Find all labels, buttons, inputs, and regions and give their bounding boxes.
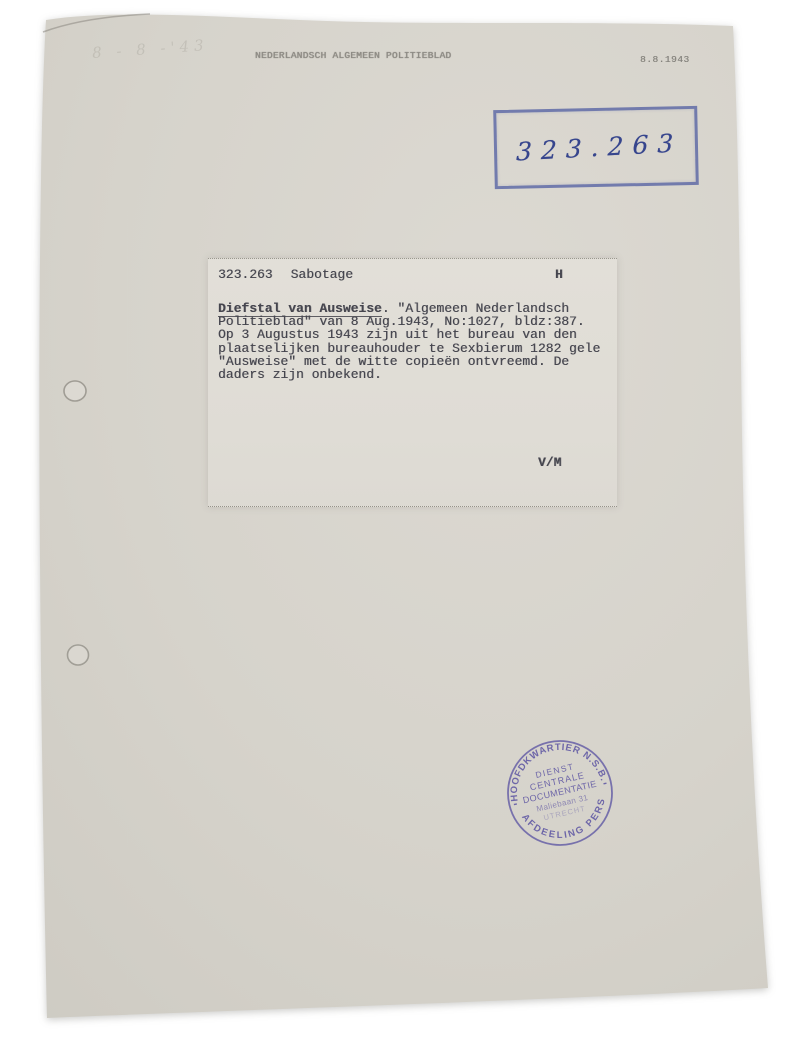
handwritten-index-number: 323.263 [510, 128, 683, 167]
card-category: Sabotage [291, 267, 353, 282]
typed-index-card: 323.263Sabotage H Diefstal van Ausweise.… [208, 258, 617, 507]
index-number-stamp-box: 323.263 [493, 106, 699, 189]
card-body-line: daders zijn onbekend. [218, 368, 614, 381]
punch-hole-bottom [68, 645, 89, 665]
card-corner-mark: H [555, 267, 563, 282]
document-photo: NEDERLANDSCH ALGEMEEN POLITIEBLAD 8.8.19… [0, 0, 800, 1038]
card-body-line: Op 3 Augustus 1943 zijn uit het bureau v… [218, 328, 614, 341]
card-title-row: 323.263Sabotage [218, 267, 353, 282]
card-body-line: plaatselijken bureauhouder te Sexbierum … [218, 342, 614, 355]
card-initials: V/M [538, 455, 561, 470]
bulletin-date: 8.8.1943 [640, 54, 690, 65]
card-body-text: Diefstal van Ausweise. "Algemeen Nederla… [218, 302, 614, 381]
punch-hole-top [64, 381, 86, 401]
card-code: 323.263 [218, 267, 273, 282]
round-ink-stamp: HOOFDKWARTIER N.S.B. AFDEELING PERS - - … [488, 721, 632, 865]
bulletin-title: NEDERLANDSCH ALGEMEEN POLITIEBLAD [255, 50, 451, 61]
